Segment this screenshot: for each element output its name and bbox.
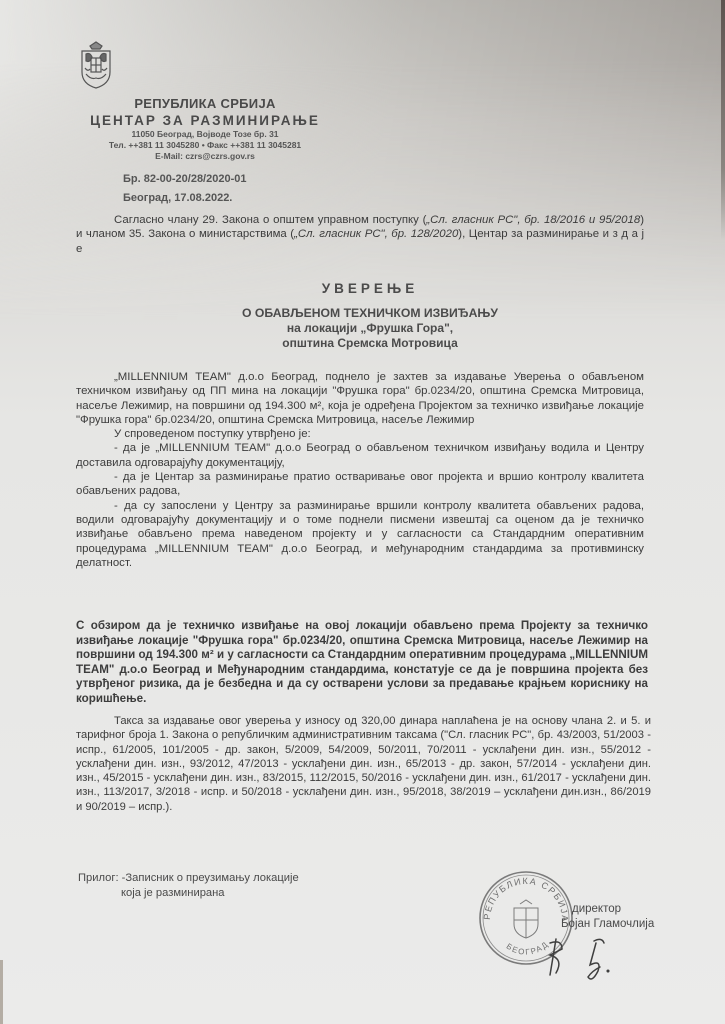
finding-item: - да је „MILLENNIUM TEAM" д.о.о Београд … [76,441,644,470]
attachment-note: Прилог: -Записник о преузимању локације … [78,871,299,900]
finding-item: - да је Центар за разминирање пратио ост… [76,470,644,499]
citation: „Сл. гласник РС", бр. 128/2020 [294,228,458,240]
legal-basis-paragraph: Сагласно члану 29. Закона о општем управ… [76,213,644,256]
intro-text: Сагласно члану 29. Закона о општем управ… [114,214,426,226]
signature-block: директор Бојан Гламочлија [561,902,654,932]
findings-intro: У спроведеном поступку утврђено је: [76,427,644,441]
request-paragraph: „MILLENNIUM TEAM" д.о.о Београд, поднело… [76,370,644,427]
certificate-title: УВЕРЕЊЕ О ОБАВЉЕНОМ ТЕХНИЧКОМ ИЗВИЂАЊУ н… [200,281,540,351]
document-municipality: општина Сремска Мотровица [200,336,540,351]
institution-address: 11050 Београд, Војводе Тозе бр. 31 [70,129,340,140]
document-heading: УВЕРЕЊЕ [200,281,540,296]
page-edge-shadow [721,0,725,240]
handwritten-signature-icon [528,935,638,985]
letterhead: РЕПУБЛИКА СРБИЈА ЦЕНТАР ЗА РАЗМИНИРАЊЕ 1… [70,96,340,162]
place-date: Београд, 17.08.2022. [123,189,247,208]
document-location: на локацији „Фрушка Гора", [200,321,540,336]
institution-name: ЦЕНТАР ЗА РАЗМИНИРАЊЕ [70,113,340,128]
institution-phone-fax: Тел. ++381 11 3045280 • Факс ++381 11 30… [70,140,340,151]
attachment-line: која је разминирана [78,886,299,901]
document-subtitle: О ОБАВЉЕНОМ ТЕХНИЧКОМ ИЗВИЂАЊУ [200,306,540,321]
institution-email[interactable]: E-Mail: czrs@czrs.gov.rs [70,151,340,162]
attachment-line: Прилог: -Записник о преузимању локације [78,871,299,886]
document-reference: Бр. 82-00-20/28/2020-01 Београд, 17.08.2… [123,170,247,208]
tax-paragraph: Такса за издавање овог уверења у износу … [76,714,651,814]
country-name: РЕПУБЛИКА СРБИЈА [70,96,340,111]
coat-of-arms-icon [78,40,114,90]
reference-number: Бр. 82-00-20/28/2020-01 [123,170,247,189]
certificate-body: „MILLENNIUM TEAM" д.о.о Београд, поднело… [76,370,644,570]
citation: „Сл. гласник РС", бр. 18/2016 и 95/2018 [426,214,640,226]
signatory-name: Бојан Гламочлија [561,917,654,932]
finding-item: - да су запослени у Центру за разминирањ… [76,499,644,570]
conclusion-paragraph: С обзиром да је техничко извиђање на ово… [76,619,648,706]
signatory-role: директор [561,902,654,917]
page-edge [0,960,3,1024]
